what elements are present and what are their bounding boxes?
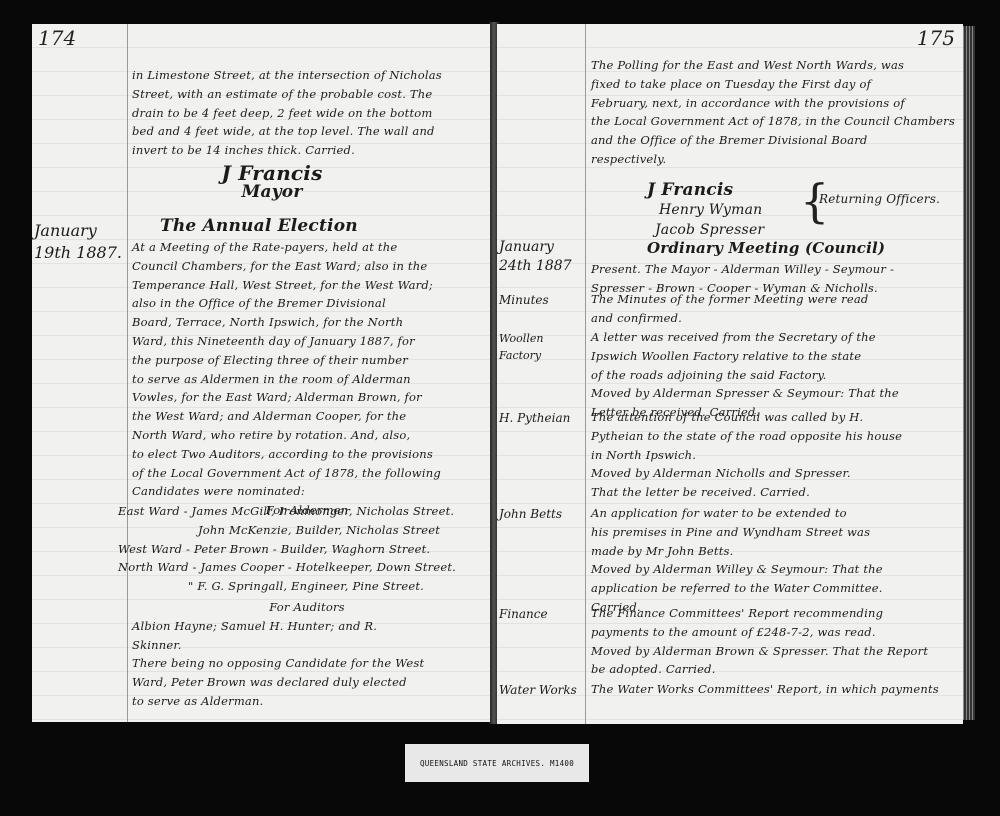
text-line: Ward, this Nineteenth day of January 188… bbox=[132, 332, 482, 351]
text-line: Skinner. bbox=[132, 636, 482, 655]
text-line: to elect Two Auditors, according to the … bbox=[132, 445, 482, 464]
text-line: to serve as Alderman. bbox=[132, 692, 482, 711]
text-line: respectively. bbox=[591, 150, 951, 169]
text-line: The Polling for the East and West North … bbox=[591, 56, 951, 75]
text-line: Pytheian to the state of the road opposi… bbox=[591, 427, 951, 446]
text-line: Council Chambers, for the East Ward; als… bbox=[132, 257, 482, 276]
text-line: The Water Works Committees' Report, in w… bbox=[591, 680, 951, 699]
text-line: North Ward, who retire by rotation. And,… bbox=[132, 426, 482, 445]
margin-minutes: Minutes bbox=[499, 292, 585, 309]
margin-john-betts: John Betts bbox=[499, 506, 585, 523]
water-works-entry: The Water Works Committees' Report, in w… bbox=[591, 680, 951, 699]
signature-title: Mayor bbox=[182, 183, 362, 202]
text-line: Moved by Alderman Spresser & Seymour: Th… bbox=[591, 384, 951, 403]
text-line: Street, with an estimate of the probable… bbox=[132, 85, 482, 104]
text-line: of the Local Government Act of 1878, the… bbox=[132, 464, 482, 483]
text-line: the West Ward; and Alderman Cooper, for … bbox=[132, 407, 482, 426]
text-line: Vowles, for the East Ward; Alderman Brow… bbox=[132, 388, 482, 407]
text-line: Ward, Peter Brown was declared duly elec… bbox=[132, 673, 482, 692]
archive-label: QUEENSLAND STATE ARCHIVES. M1400 bbox=[405, 744, 589, 782]
election-section: The Annual Election At a Meeting of the … bbox=[132, 214, 482, 520]
text-line: the purpose of Electing three of their n… bbox=[132, 351, 482, 370]
margin-h-pytheian: H. Pytheian bbox=[499, 410, 585, 427]
text-line: An application for water to be extended … bbox=[591, 504, 951, 523]
right-page: 175 The Polling for the East and West No… bbox=[497, 24, 963, 724]
text-line: in North Ipswich. bbox=[591, 446, 951, 465]
text-line: Moved by Alderman Nicholls and Spresser. bbox=[591, 464, 951, 483]
nomination-row: East Ward - James McGill, Ironmonger, Ni… bbox=[118, 502, 486, 521]
text-line: the Local Government Act of 1878, in the… bbox=[591, 112, 951, 131]
text-line: Candidates were nominated: bbox=[132, 482, 482, 501]
polling-paragraph: The Polling for the East and West North … bbox=[591, 56, 951, 169]
signature-name: J Francis bbox=[182, 164, 362, 183]
margin-water-works: Water Works bbox=[499, 682, 585, 699]
text-line: Board, Terrace, North Ipswich, for the N… bbox=[132, 313, 482, 332]
text-line: The attention of the Council was called … bbox=[591, 408, 951, 427]
text-line: his premises in Pine and Wyndham Street … bbox=[591, 523, 951, 542]
date-month: January bbox=[34, 220, 126, 242]
text-line: drain to be 4 feet deep, 2 feet wide on … bbox=[132, 104, 482, 123]
nomination-row: West Ward - Peter Brown - Builder, Wagho… bbox=[118, 540, 486, 559]
left-page: 174 in Limestone Street, at the intersec… bbox=[32, 24, 490, 722]
text-line: in Limestone Street, at the intersection… bbox=[132, 66, 482, 85]
text-line: Temperance Hall, West Street, for the We… bbox=[132, 276, 482, 295]
text-line: to serve as Aldermen in the room of Alde… bbox=[132, 370, 482, 389]
margin-woollen-factory: Woollen Factory bbox=[499, 330, 585, 364]
returning-officer-signatures: J Francis Henry Wyman Jacob Spresser bbox=[647, 180, 797, 240]
text-line: A letter was received from the Secretary… bbox=[591, 328, 951, 347]
text-line: payments to the amount of £248-7-2, was … bbox=[591, 623, 951, 642]
minutes-entry: The Minutes of the former Meeting were r… bbox=[591, 290, 951, 328]
nomination-row: John McKenzie, Builder, Nicholas Street bbox=[118, 521, 486, 540]
text-line: Moved by Alderman Brown & Spresser. That… bbox=[591, 642, 951, 661]
text-line: application be referred to the Water Com… bbox=[591, 579, 951, 598]
auditors-section: For Auditors Albion Hayne; Samuel H. Hun… bbox=[132, 598, 482, 711]
section-heading: The Annual Election bbox=[132, 214, 482, 238]
text-line: That the letter be received. Carried. bbox=[591, 483, 951, 502]
text-line: and the Office of the Bremer Divisional … bbox=[591, 131, 951, 150]
text-line: There being no opposing Candidate for th… bbox=[132, 654, 482, 673]
text-line: bed and 4 feet wide, at the top level. T… bbox=[132, 122, 482, 141]
election-date: January 19th 1887. bbox=[34, 220, 126, 264]
mayor-signature: J Francis Mayor bbox=[182, 164, 362, 202]
margin-finance: Finance bbox=[499, 606, 585, 623]
pytheian-entry: The attention of the Council was called … bbox=[591, 408, 951, 502]
nominations-list: East Ward - James McGill, Ironmonger, Ni… bbox=[118, 502, 486, 596]
john-betts-entry: An application for water to be extended … bbox=[591, 504, 951, 617]
text-line: invert to be 14 inches thick. Carried. bbox=[132, 141, 482, 160]
returning-officers-label: Returning Officers. bbox=[819, 190, 959, 209]
continuation-paragraph: in Limestone Street, at the intersection… bbox=[132, 66, 482, 160]
text-line: of the roads adjoining the said Factory. bbox=[591, 366, 951, 385]
text-line: also in the Office of the Bremer Divisio… bbox=[132, 294, 482, 313]
text-line: Present. The Mayor - Alderman Willey - S… bbox=[591, 260, 951, 279]
date-day-year: 19th 1887. bbox=[34, 242, 126, 264]
page-edges bbox=[963, 26, 975, 720]
nomination-row: " F. G. Springall, Engineer, Pine Street… bbox=[118, 577, 486, 596]
signature-name: Henry Wyman bbox=[647, 200, 797, 220]
signature-name: J Francis bbox=[647, 180, 797, 200]
section-heading: Ordinary Meeting (Council) bbox=[647, 236, 947, 260]
text-line: February, next, in accordance with the p… bbox=[591, 94, 951, 113]
margin-rule bbox=[127, 24, 128, 722]
text-line: and confirmed. bbox=[591, 309, 951, 328]
text-line: The Minutes of the former Meeting were r… bbox=[591, 290, 951, 309]
text-line: Moved by Alderman Willey & Seymour: That… bbox=[591, 560, 951, 579]
date-month: January bbox=[499, 238, 585, 257]
finance-entry: The Finance Committees' Report recommend… bbox=[591, 604, 951, 679]
page-number: 174 bbox=[38, 26, 76, 50]
auditors-heading: For Auditors bbox=[132, 598, 482, 617]
date-day-year: 24th 1887 bbox=[499, 257, 585, 276]
text-line: Albion Hayne; Samuel H. Hunter; and R. bbox=[132, 617, 482, 636]
text-line: made by Mr John Betts. bbox=[591, 542, 951, 561]
text-line: At a Meeting of the Rate-payers, held at… bbox=[132, 238, 482, 257]
nomination-row: North Ward - James Cooper - Hotelkeeper,… bbox=[118, 558, 486, 577]
election-body: At a Meeting of the Rate-payers, held at… bbox=[132, 238, 482, 501]
text-line: fixed to take place on Tuesday the First… bbox=[591, 75, 951, 94]
meeting-heading: Ordinary Meeting (Council) bbox=[647, 236, 947, 260]
text-line: Ipswich Woollen Factory relative to the … bbox=[591, 347, 951, 366]
text-line: be adopted. Carried. bbox=[591, 660, 951, 679]
page-number: 175 bbox=[917, 26, 955, 50]
meeting-date: January 24th 1887 bbox=[499, 238, 585, 276]
margin-rule bbox=[585, 24, 586, 724]
text-line: The Finance Committees' Report recommend… bbox=[591, 604, 951, 623]
